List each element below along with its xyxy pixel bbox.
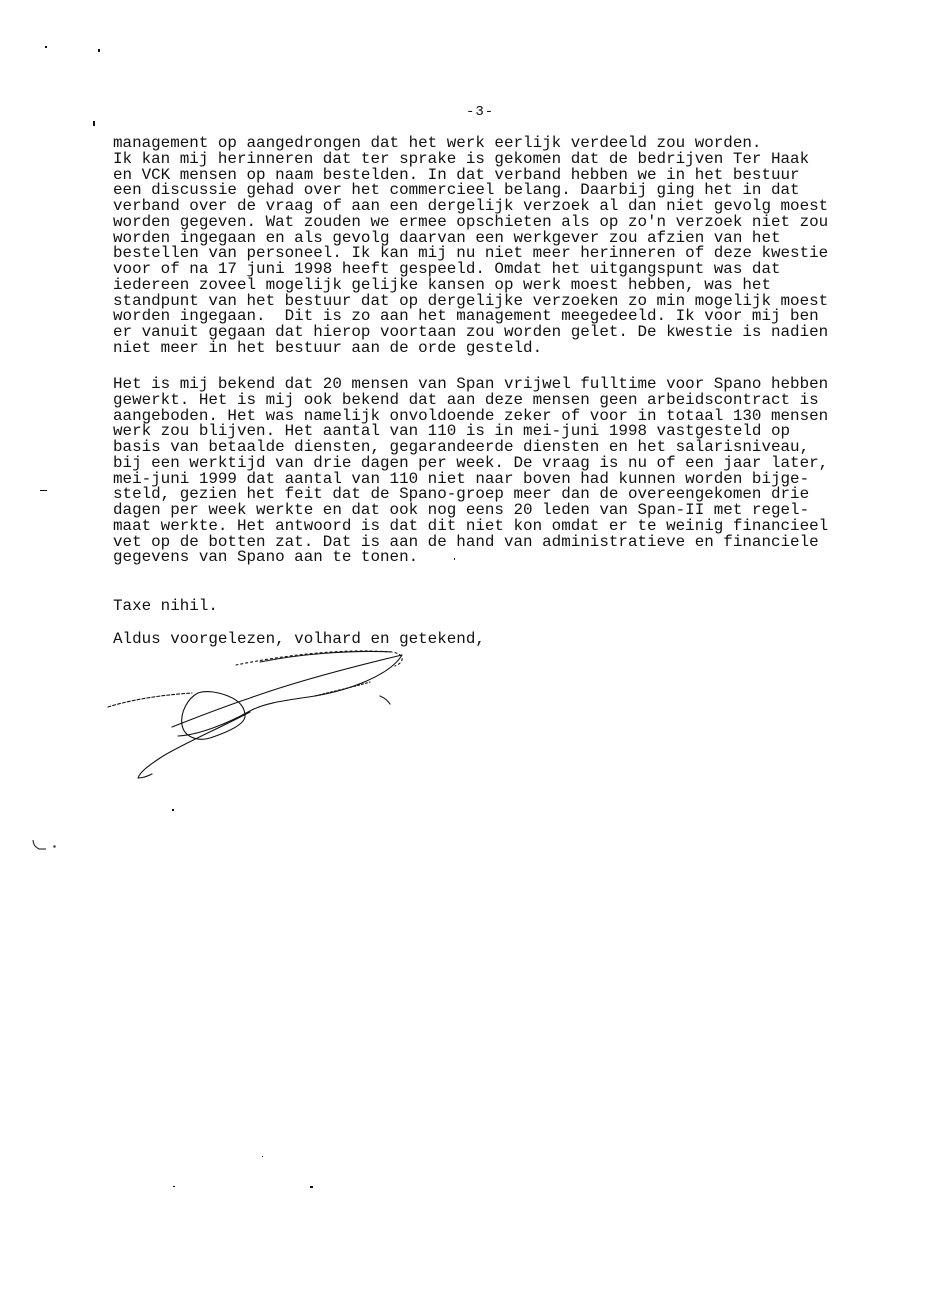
text-line: gegevens van Spano aan te tonen. [113,550,828,566]
scan-speck [93,121,95,126]
paragraph-2: Het is mij bekend dat 20 mensen van Span… [113,377,828,566]
scan-speck [98,49,100,52]
scan-speck [45,46,47,48]
scan-mark [30,838,60,858]
scan-speck [173,1186,175,1187]
page-number: -3- [466,104,494,120]
paragraph-1: management op aangedrongen dat het werk … [113,136,828,357]
scan-mark [450,555,460,565]
scan-speck [172,809,174,811]
scan-speck [310,1186,313,1188]
scan-speck [40,490,47,491]
scan-speck [262,1156,263,1157]
signature [100,640,420,790]
taxe-note: Taxe nihil. [113,597,218,615]
text-line: niet meer in het bestuur aan de orde ges… [113,341,828,357]
